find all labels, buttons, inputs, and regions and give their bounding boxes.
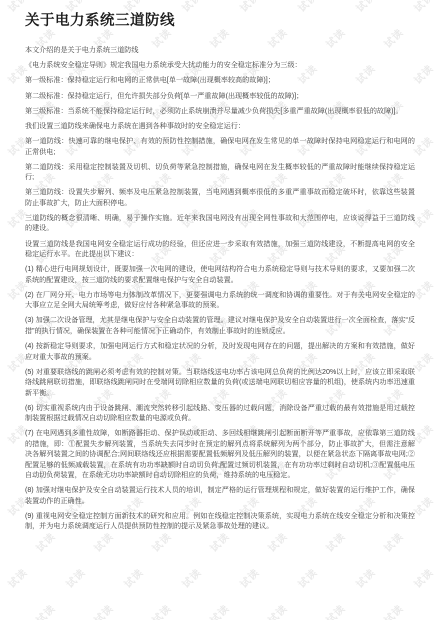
watermark-text: 试读 <box>236 564 262 590</box>
watermark-text: 试读 <box>4 564 30 590</box>
watermark-text: 试读 <box>380 600 406 620</box>
watermark-text: 试读 <box>178 564 204 590</box>
paragraph: (2) 在厂网分开、电力市场等电力体制改革情况下，更要强调电力系统的统一调度和协… <box>25 290 415 311</box>
paragraph: 第三道防线：设置失步解列、频率及电压紧急控制装置，当电网遇到概率很低的多重严重事… <box>25 187 415 208</box>
watermark-text: 试读 <box>120 564 146 590</box>
watermark-text: 试读 <box>90 600 116 620</box>
document-page: 试读试读试读试读试读试读试读试读试读试读试读试读试读试读试读试读试读试读试读试读… <box>0 0 440 620</box>
paragraph: (9) 重视电网安全稳定控制方面新技术的研究和应用。例如在线稳定控制决策系统，实… <box>25 511 415 532</box>
paragraph: (4) 按新稳定导则要求，加强电网运行方式和稳定状况的分析，及时发现电网存在的问… <box>25 341 415 362</box>
paragraph: 第二级标准：保持稳定运行，但允许损失部分负荷[单一严重故障(出现概率较低的故障)… <box>25 91 415 101</box>
paragraph: (6) 切实重视系统内由于设备跳闸、潮流突然转移引起线路、变压器的过载问题，消除… <box>25 403 415 424</box>
paragraph: 第三级标准：当系统不能保持稳定运行时，必须防止系统崩溃并尽量减少负荷损失[多重严… <box>25 106 415 116</box>
watermark-text: 试读 <box>264 600 290 620</box>
watermark-text: 试读 <box>62 564 88 590</box>
paragraph: 设置三道防线是我国电网安全稳定运行成功的经验，但还应进一步采取有效措施，加强三道… <box>25 239 415 260</box>
watermark-text: 试读 <box>32 600 58 620</box>
paragraph: 《电力系统安全稳定导则》规定我国电力系统承受大扰动能力的安全稳定标准分为三级： <box>25 60 415 70</box>
paragraph: (8) 加强对继电保护及安全自动装置运行技术人员的培训，制定严格的运行管理规程和… <box>25 485 415 506</box>
paragraph: (3) 加强二次设备管理，尤其是继电保护与安全自动装置的管理。建议对继电保护及安… <box>25 315 415 336</box>
watermark-text: 试读 <box>206 600 232 620</box>
paragraph: (7) 在电网遇到多重性故障，如断路器拒动、保护误动或拒动、多回线相继跳闸引起断… <box>25 428 415 480</box>
watermark-text: 试读 <box>352 564 378 590</box>
watermark-text: 试读 <box>148 600 174 620</box>
paragraph: (5) 对重要联络线的跳闸必须考虑有效的控制对策。当联络线送电功率占该电网总负荷… <box>25 367 415 398</box>
document-content: 关于电力系统三道防线 本文介绍的是关于电力系统三道防线《电力系统安全稳定导则》规… <box>25 13 415 536</box>
paragraph: 本文介绍的是关于电力系统三道防线 <box>25 45 415 55</box>
watermark-text: 试读 <box>294 564 320 590</box>
paragraph: 第二道防线：采用稳定控制装置及切机、切负荷等紧急控制措施，确保电网在发生概率较低… <box>25 162 415 183</box>
watermark-text: 试读 <box>410 564 436 590</box>
paragraph: 三道防线的概念很清晰、明确，易于操作实施。近年来我国电网没有出现全网性事故和大范… <box>25 213 415 234</box>
paragraph: 第一级标准：保持稳定运行和电网的正常供电[单一故障(出现概率较高的故障)]； <box>25 75 415 85</box>
paragraph: 第一道防线：快速可靠的继电保护、有效的预防性控制措施，确保电网在发生常见的单一故… <box>25 136 415 157</box>
document-body: 本文介绍的是关于电力系统三道防线《电力系统安全稳定导则》规定我国电力系统承受大扰… <box>25 45 415 532</box>
watermark-text: 试读 <box>322 600 348 620</box>
page-title: 关于电力系统三道防线 <box>25 13 415 30</box>
paragraph: 我们设置三道防线来确保电力系统在遇到各种事故时的安全稳定运行： <box>25 121 415 131</box>
paragraph: (1) 精心进行电网规划设计，既要加强一次电网的建设，使电网结构符合电力系统稳定… <box>25 264 415 285</box>
